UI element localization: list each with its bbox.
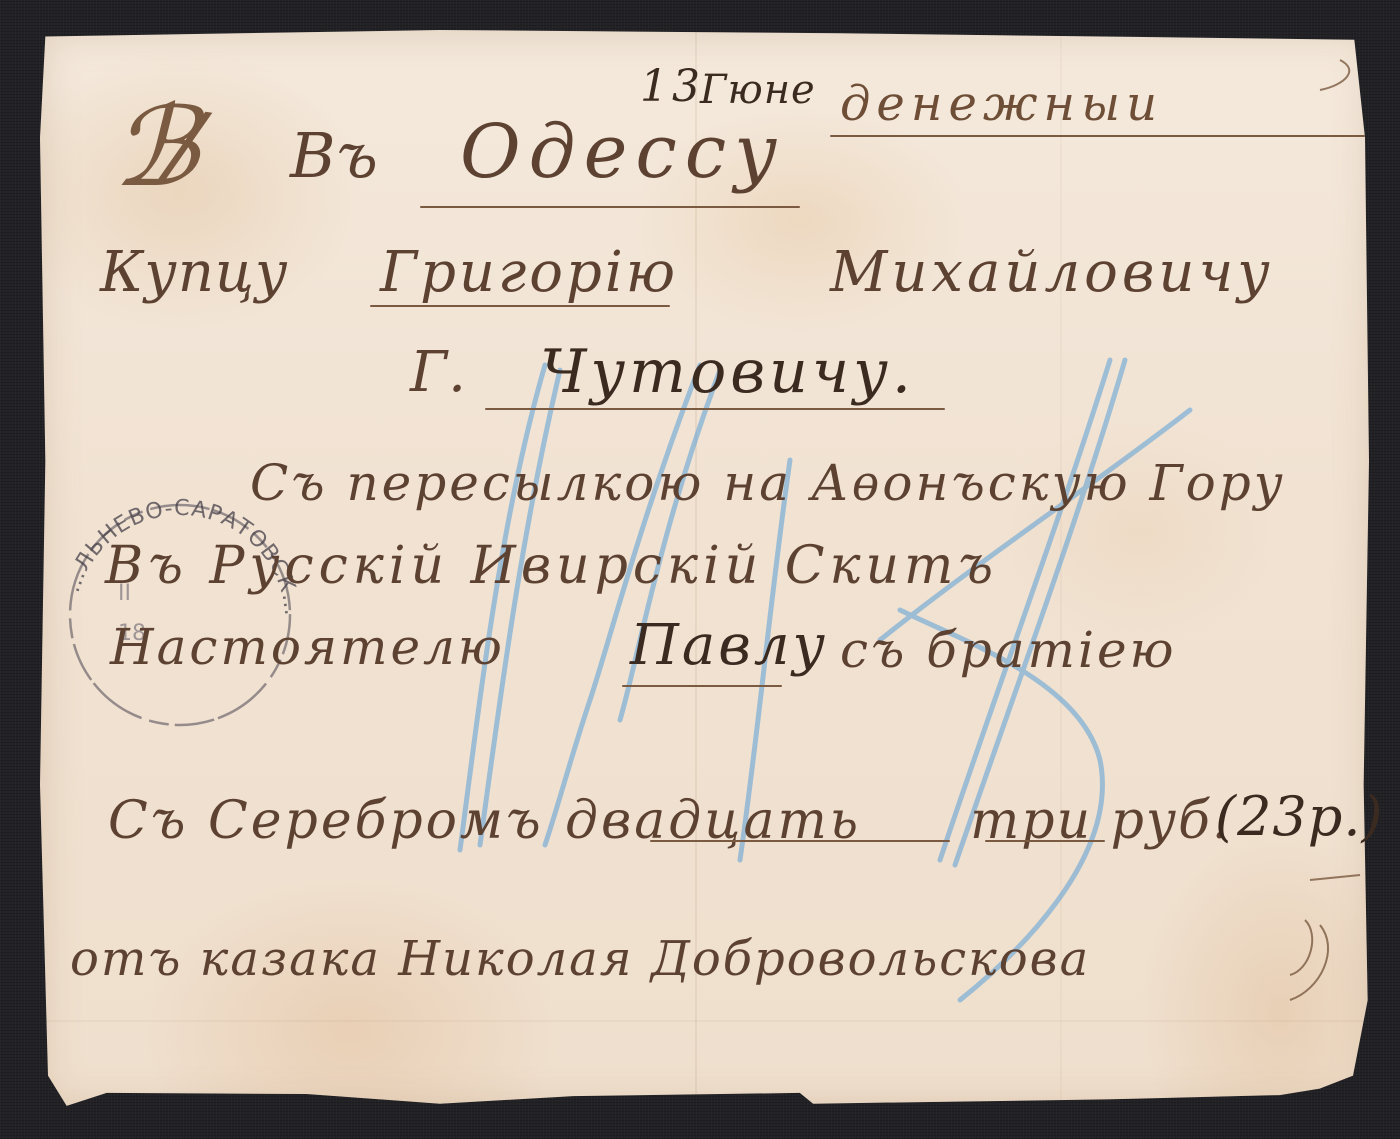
abbot-title: Настоятелю: [110, 622, 505, 672]
recipient-title: Купцу: [100, 245, 288, 301]
brethren-text: съ братіею: [840, 625, 1177, 675]
envelope-type-label: денежныи: [840, 80, 1163, 128]
recipient-first-name: Григорію: [380, 245, 678, 301]
address-city: Одессу: [460, 115, 785, 189]
sender-line: отъ казака Николая Добровольскова: [70, 935, 1090, 983]
city-underline: [420, 206, 800, 208]
surname-underline: [485, 408, 945, 410]
recipient-initial: Г.: [410, 345, 467, 401]
address-prefix: Въ: [290, 125, 379, 187]
registration-word: Гюне: [700, 70, 816, 110]
abbot-underline: [622, 685, 782, 687]
recipient-surname: Чутовичу.: [540, 342, 915, 402]
amount-underline: [650, 840, 950, 842]
fold-crease: [40, 1020, 1373, 1022]
contents-amount-number: (23р.): [1215, 790, 1384, 844]
rubles-underline: [985, 840, 1105, 842]
skete-line: Въ Русскій Ивирскій Скитъ: [105, 540, 998, 592]
type-underline: [830, 135, 1365, 137]
abbot-name: Павлу: [630, 618, 828, 674]
registration-number: 13: [640, 65, 704, 109]
forwarding-line: Съ пересылкою на Аѳонъскую Гору: [250, 458, 1286, 508]
recipient-patronymic: Михайловичу: [830, 245, 1274, 301]
contents-prefix: Съ Серебромъ: [108, 795, 544, 847]
first-name-underline: [370, 305, 670, 307]
